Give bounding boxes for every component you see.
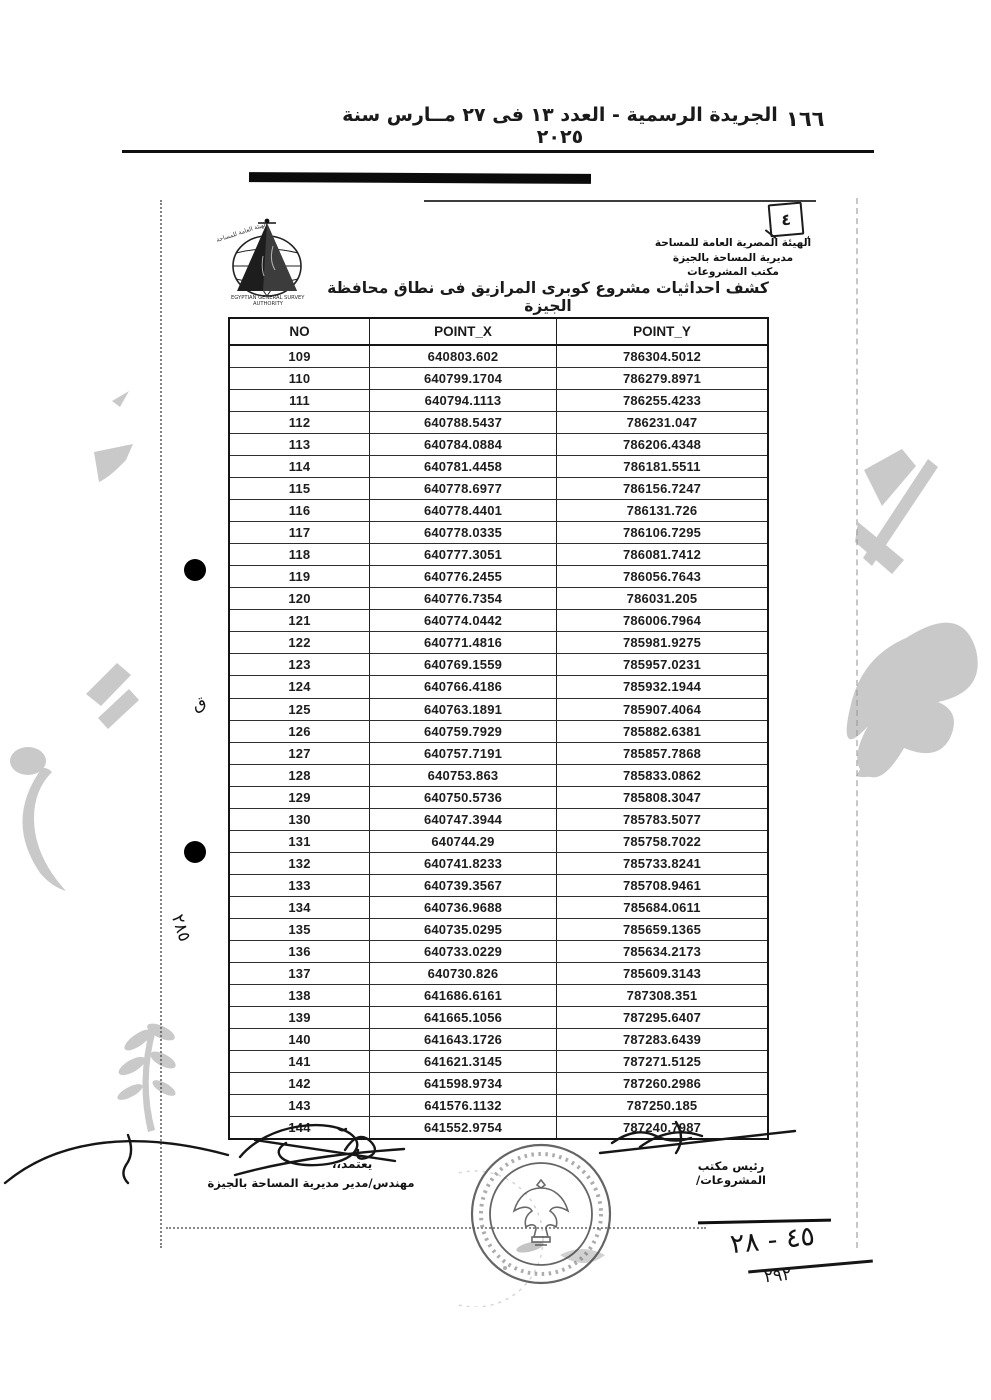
coordinates-table-body: 109640803.602786304.5012110640799.170478… <box>230 346 767 1138</box>
handwritten-note-bottom: ٢٩٢ <box>763 1265 792 1288</box>
cell-point-x: 641598.9734 <box>370 1073 557 1094</box>
cell-point-x: 640769.1559 <box>370 654 557 675</box>
cell-point-x: 640735.0295 <box>370 919 557 940</box>
cell-point-x: 640750.5736 <box>370 787 557 808</box>
coordinates-table: NO POINT_X POINT_Y 109640803.602786304.5… <box>228 317 769 1140</box>
table-row: 118640777.3051786081.7412 <box>230 544 767 566</box>
gazette-issue-line: الجريدة الرسمية - العدد ١٣ فى ٢٧ مــارس … <box>340 104 780 148</box>
cell-point-y: 787308.351 <box>557 985 767 1006</box>
table-row: 113640784.0884786206.4348 <box>230 434 767 456</box>
table-row: 138641686.6161787308.351 <box>230 985 767 1007</box>
gazette-page-number: ١٦٦ <box>786 107 850 131</box>
table-row: 123640769.1559785957.0231 <box>230 654 767 676</box>
table-row: 112640788.5437786231.047 <box>230 412 767 434</box>
corner-page-number-box: ٤ <box>768 202 805 238</box>
cell-point-y: 787271.5125 <box>557 1051 767 1072</box>
header-divider-rule <box>122 150 874 153</box>
cell-point-x: 640757.7191 <box>370 743 557 764</box>
cell-no: 142 <box>230 1073 370 1094</box>
agency-heading: الهيئة المصرية العامة للمساحة مديرية الم… <box>648 236 818 280</box>
cell-point-x: 640781.4458 <box>370 456 557 477</box>
cell-point-y: 785808.3047 <box>557 787 767 808</box>
table-row: 136640733.0229785634.2173 <box>230 941 767 963</box>
cell-point-y: 785758.7022 <box>557 831 767 852</box>
cell-point-y: 785708.9461 <box>557 875 767 896</box>
survey-authority-logo: الهيئة العامة للمساحة EGYPTIAN GENERAL S… <box>203 216 331 308</box>
cell-no: 119 <box>230 566 370 587</box>
cell-point-y: 786304.5012 <box>557 346 767 367</box>
table-row: 128640753.863785833.0862 <box>230 765 767 787</box>
table-row: 122640771.4816785981.9275 <box>230 632 767 654</box>
cell-no: 118 <box>230 544 370 565</box>
cell-no: 132 <box>230 853 370 874</box>
approval-label: يعتمد،، <box>332 1157 372 1171</box>
cell-point-x: 640747.3944 <box>370 809 557 830</box>
cell-point-y: 787295.6407 <box>557 1007 767 1028</box>
table-row: 120640776.7354786031.205 <box>230 588 767 610</box>
cell-point-y: 785882.6381 <box>557 721 767 742</box>
cell-no: 141 <box>230 1051 370 1072</box>
eagle-emblem <box>514 1180 568 1245</box>
cell-no: 121 <box>230 610 370 631</box>
cell-point-y: 787260.2986 <box>557 1073 767 1094</box>
table-row: 137640730.826785609.3143 <box>230 963 767 985</box>
punch-hole-dot <box>184 841 206 863</box>
scan-artifact-bar <box>249 172 591 184</box>
cell-point-y: 785857.7868 <box>557 743 767 764</box>
cell-point-y: 785659.1365 <box>557 919 767 940</box>
cell-point-y: 786206.4348 <box>557 434 767 455</box>
cell-point-y: 785684.0611 <box>557 897 767 918</box>
logo-text-english-2: AUTHORITY <box>253 301 284 307</box>
cell-no: 113 <box>230 434 370 455</box>
cell-no: 116 <box>230 500 370 521</box>
cell-no: 139 <box>230 1007 370 1028</box>
cell-no: 117 <box>230 522 370 543</box>
cell-no: 136 <box>230 941 370 962</box>
table-row: 124640766.4186785932.1944 <box>230 676 767 698</box>
coordinates-table-header: NO POINT_X POINT_Y <box>230 319 767 346</box>
cell-point-y: 786081.7412 <box>557 544 767 565</box>
cell-no: 115 <box>230 478 370 499</box>
cell-point-x: 640753.863 <box>370 765 557 786</box>
cell-point-x: 640759.7929 <box>370 721 557 742</box>
cell-point-y: 786031.205 <box>557 588 767 609</box>
punch-hole-dot <box>184 559 206 581</box>
cell-point-y: 786131.726 <box>557 500 767 521</box>
cell-point-y: 786279.8971 <box>557 368 767 389</box>
cell-no: 125 <box>230 699 370 720</box>
document-title: كشف احداثيات مشروع كوبرى المرازيق فى نطا… <box>318 279 778 315</box>
cell-point-x: 640730.826 <box>370 963 557 984</box>
cell-point-x: 640778.6977 <box>370 478 557 499</box>
cell-point-x: 640777.3051 <box>370 544 557 565</box>
cell-no: 128 <box>230 765 370 786</box>
cell-point-y: 785634.2173 <box>557 941 767 962</box>
corner-page-number: ٤ <box>780 210 791 230</box>
cell-no: 131 <box>230 831 370 852</box>
cell-no: 110 <box>230 368 370 389</box>
cell-point-y: 786231.047 <box>557 412 767 433</box>
approver-title-right: رئيس مكتب المشروعات/ <box>664 1159 798 1187</box>
agency-line-directorate: مديرية المساحة بالجيزة <box>648 251 818 266</box>
table-row: 119640776.2455786056.7643 <box>230 566 767 588</box>
table-row: 114640781.4458786181.5511 <box>230 456 767 478</box>
cell-no: 127 <box>230 743 370 764</box>
cell-no: 135 <box>230 919 370 940</box>
cell-point-y: 785733.8241 <box>557 853 767 874</box>
cell-point-y: 785833.0862 <box>557 765 767 786</box>
table-row: 116640778.4401786131.726 <box>230 500 767 522</box>
cell-point-x: 640799.1704 <box>370 368 557 389</box>
header-point-y: POINT_Y <box>557 319 767 344</box>
cell-no: 137 <box>230 963 370 984</box>
cell-no: 123 <box>230 654 370 675</box>
table-row: 140641643.1726787283.6439 <box>230 1029 767 1051</box>
cell-point-x: 641643.1726 <box>370 1029 557 1050</box>
table-row: 125640763.1891785907.4064 <box>230 699 767 721</box>
cell-point-x: 641665.1056 <box>370 1007 557 1028</box>
cell-point-x: 640771.4816 <box>370 632 557 653</box>
cell-no: 114 <box>230 456 370 477</box>
cell-point-x: 641621.3145 <box>370 1051 557 1072</box>
cell-no: 111 <box>230 390 370 411</box>
cell-point-y: 786106.7295 <box>557 522 767 543</box>
cell-point-x: 640741.8233 <box>370 853 557 874</box>
agency-line-office: مكتب المشروعات <box>648 265 818 280</box>
header-point-x: POINT_X <box>370 319 557 344</box>
cell-point-y: 785932.1944 <box>557 676 767 697</box>
table-row: 117640778.0335786106.7295 <box>230 522 767 544</box>
cell-point-y: 785783.5077 <box>557 809 767 830</box>
cell-point-x: 640778.4401 <box>370 500 557 521</box>
cell-point-x: 640788.5437 <box>370 412 557 433</box>
cell-point-y: 786255.4233 <box>557 390 767 411</box>
cell-point-x: 640733.0229 <box>370 941 557 962</box>
cell-point-y: 786006.7964 <box>557 610 767 631</box>
cell-no: 120 <box>230 588 370 609</box>
official-eagle-stamp <box>455 1127 630 1307</box>
cell-point-x: 640744.29 <box>370 831 557 852</box>
cell-no: 133 <box>230 875 370 896</box>
signature-strokes <box>0 1095 860 1330</box>
table-row: 135640735.0295785659.1365 <box>230 919 767 941</box>
table-row: 139641665.1056787295.6407 <box>230 1007 767 1029</box>
cell-point-x: 640803.602 <box>370 346 557 367</box>
cell-point-x: 640774.0442 <box>370 610 557 631</box>
scan-page-top-edge <box>424 200 816 202</box>
cell-no: 112 <box>230 412 370 433</box>
cell-point-y: 787283.6439 <box>557 1029 767 1050</box>
scan-page-left-edge <box>160 200 162 1248</box>
cell-point-x: 640784.0884 <box>370 434 557 455</box>
cell-no: 129 <box>230 787 370 808</box>
table-row: 121640774.0442786006.7964 <box>230 610 767 632</box>
cell-point-x: 640766.4186 <box>370 676 557 697</box>
scan-page-right-edge <box>856 198 858 1248</box>
cell-point-y: 786181.5511 <box>557 456 767 477</box>
cell-point-y: 785609.3143 <box>557 963 767 984</box>
cell-point-y: 785981.9275 <box>557 632 767 653</box>
table-row: 127640757.7191785857.7868 <box>230 743 767 765</box>
cell-no: 126 <box>230 721 370 742</box>
agency-line-authority: الهيئة المصرية العامة للمساحة <box>648 236 818 251</box>
cell-point-x: 640794.1113 <box>370 390 557 411</box>
stray-pen-stroke <box>5 1141 228 1183</box>
table-row: 110640799.1704786279.8971 <box>230 368 767 390</box>
cell-point-y: 785907.4064 <box>557 699 767 720</box>
cell-point-x: 640763.1891 <box>370 699 557 720</box>
cell-point-y: 786056.7643 <box>557 566 767 587</box>
table-row: 131640744.29785758.7022 <box>230 831 767 853</box>
cell-no: 134 <box>230 897 370 918</box>
approver-title-left: مهندس/مدير مديرية المساحة بالجيزة <box>200 1176 422 1190</box>
table-row: 111640794.1113786255.4233 <box>230 390 767 412</box>
cell-point-x: 641686.6161 <box>370 985 557 1006</box>
cell-no: 138 <box>230 985 370 1006</box>
header-no: NO <box>230 319 370 344</box>
table-row: 126640759.7929785882.6381 <box>230 721 767 743</box>
cell-no: 130 <box>230 809 370 830</box>
cell-no: 124 <box>230 676 370 697</box>
gazette-scanned-page: ١٦٦ الجريدة الرسمية - العدد ١٣ فى ٢٧ مــ… <box>0 0 991 1400</box>
table-row: 134640736.9688785684.0611 <box>230 897 767 919</box>
cell-point-y: 785957.0231 <box>557 654 767 675</box>
table-row: 132640741.8233785733.8241 <box>230 853 767 875</box>
cell-point-x: 640736.9688 <box>370 897 557 918</box>
table-row: 142641598.9734787260.2986 <box>230 1073 767 1095</box>
cell-point-x: 640778.0335 <box>370 522 557 543</box>
table-row: 141641621.3145787271.5125 <box>230 1051 767 1073</box>
cell-point-y: 786156.7247 <box>557 478 767 499</box>
cell-no: 109 <box>230 346 370 367</box>
cell-point-x: 640776.7354 <box>370 588 557 609</box>
table-row: 130640747.3944785783.5077 <box>230 809 767 831</box>
cell-no: 122 <box>230 632 370 653</box>
table-row: 115640778.6977786156.7247 <box>230 478 767 500</box>
table-row: 133640739.3567785708.9461 <box>230 875 767 897</box>
table-row: 109640803.602786304.5012 <box>230 346 767 368</box>
cell-no: 140 <box>230 1029 370 1050</box>
cell-point-x: 640739.3567 <box>370 875 557 896</box>
table-row: 129640750.5736785808.3047 <box>230 787 767 809</box>
cell-point-x: 640776.2455 <box>370 566 557 587</box>
